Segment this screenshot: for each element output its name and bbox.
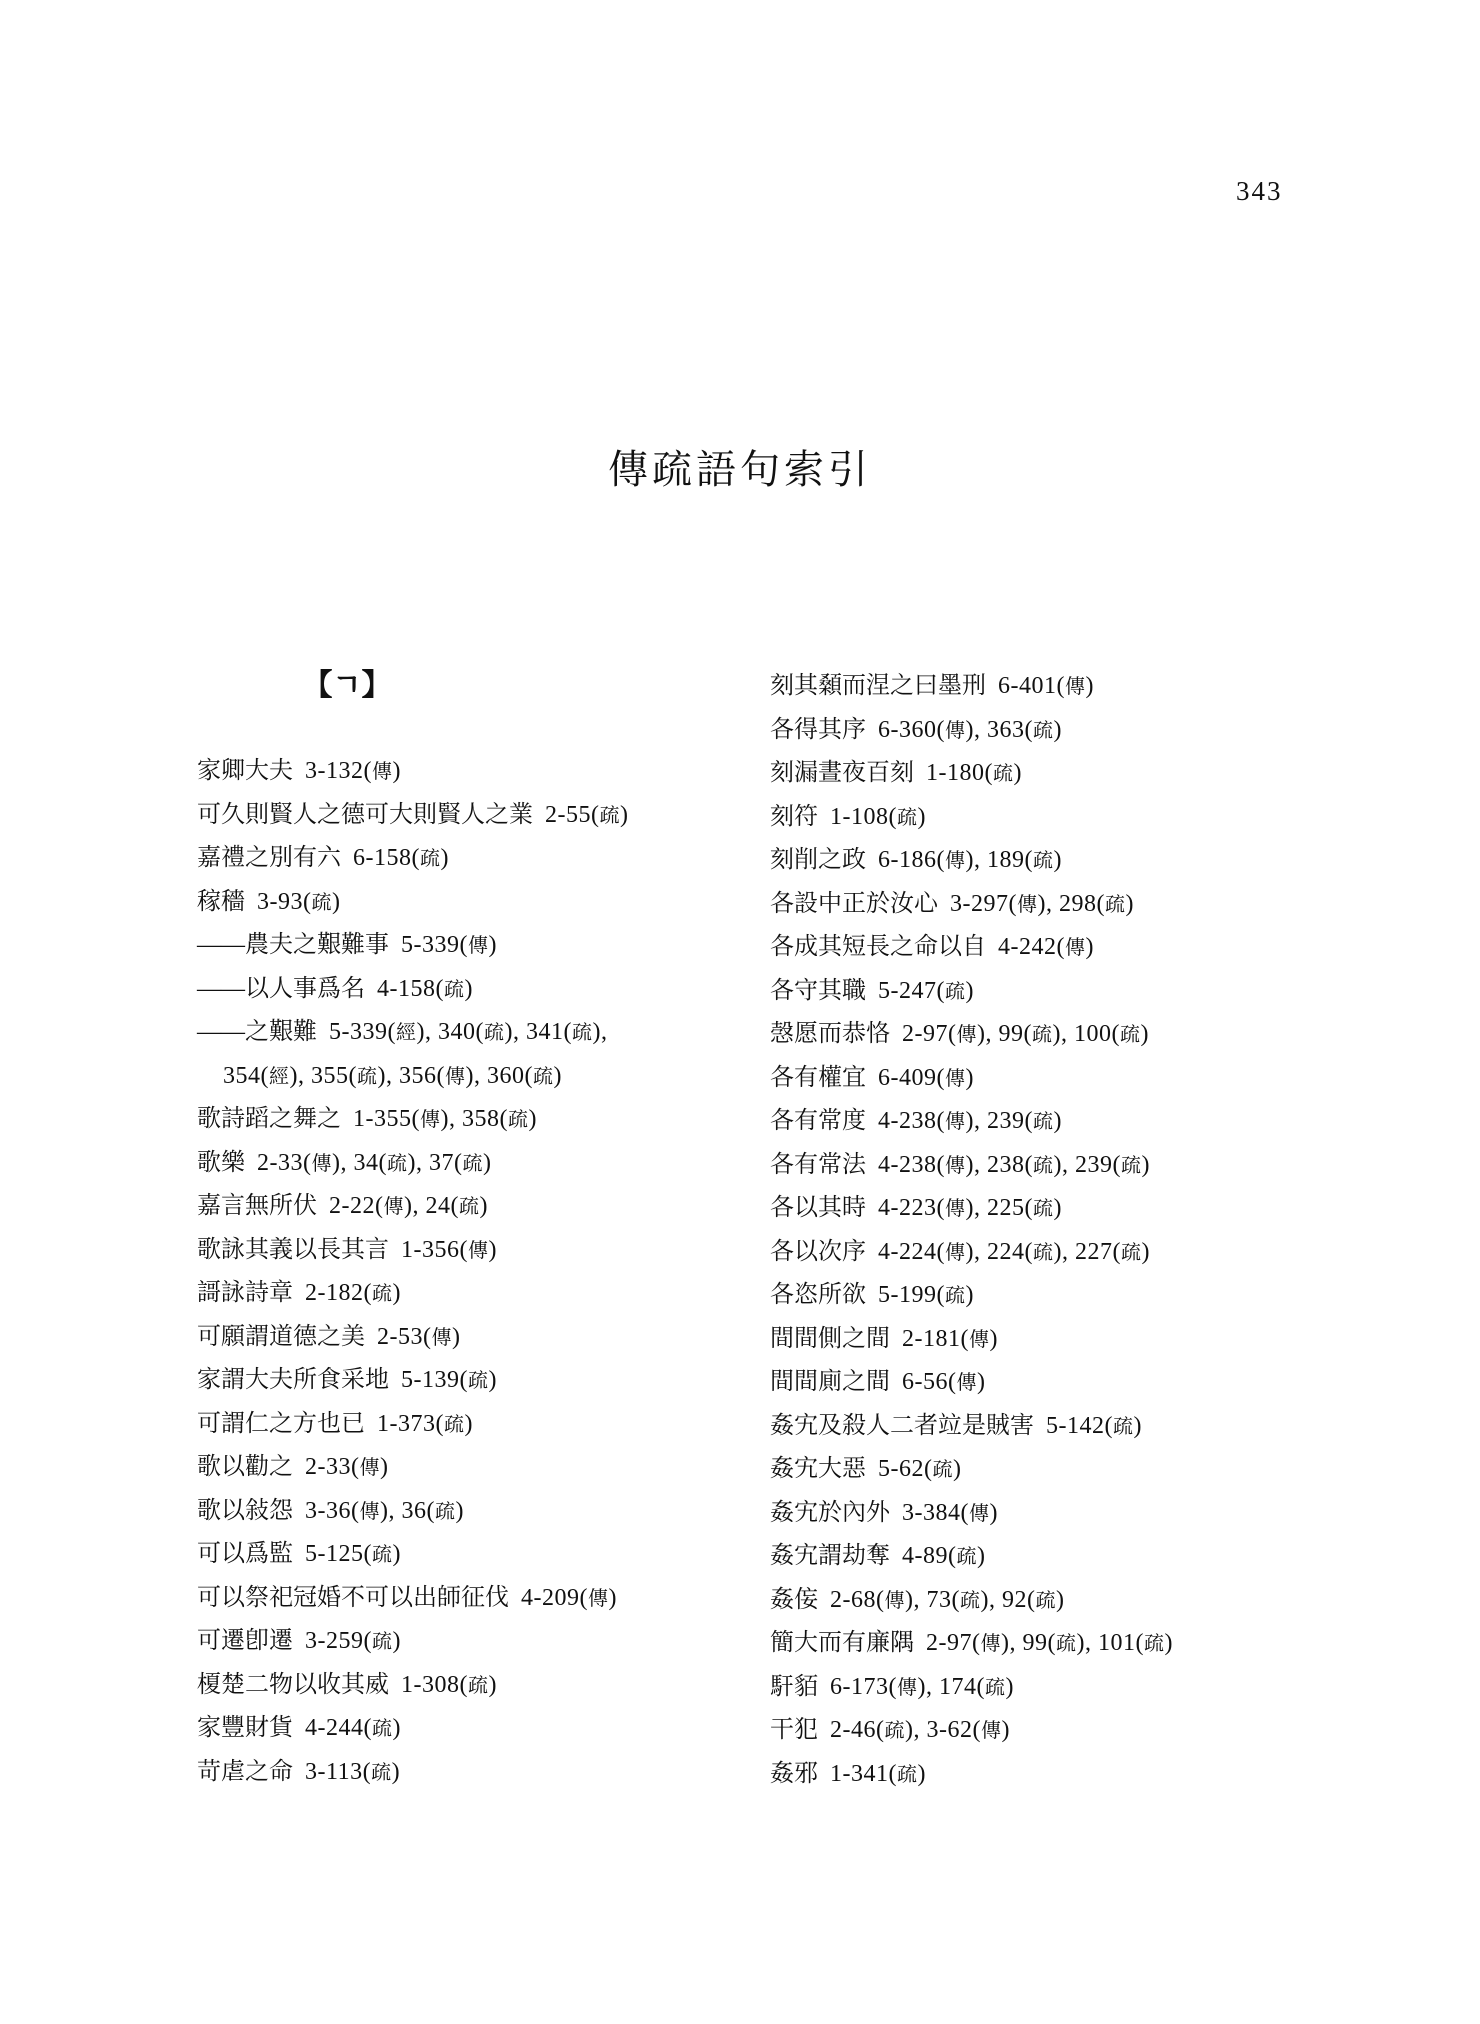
index-entry: 嘉言無所伏2-22(傳), 24(疏) (197, 1185, 628, 1229)
entry-headword: 謌詠詩章 (197, 1280, 293, 1306)
index-entry: 可久則賢人之德可大則賢人之業2-55(疏) (197, 794, 628, 838)
entry-refs: 5-339(傳) (401, 932, 497, 958)
entry-refs: 5-199(疏) (878, 1282, 974, 1308)
index-entry: 354(經), 355(疏), 356(傳), 360(疏) (197, 1055, 628, 1099)
entry-headword: 姦宄謂劫奪 (770, 1543, 890, 1569)
index-entry: 間間側之間2-181(傳) (770, 1318, 1173, 1362)
entry-headword: 稼穡 (197, 889, 245, 915)
entry-refs: 1-356(傳) (401, 1237, 497, 1263)
entry-refs: 1-180(疏) (926, 760, 1022, 786)
entry-refs: 2-97(傳), 99(疏), 100(疏) (902, 1021, 1149, 1047)
index-entry: 可遷卽遷3-259(疏) (197, 1620, 628, 1664)
index-entry: 可以爲監5-125(疏) (197, 1533, 628, 1577)
entry-refs: 3-297(傳), 298(疏) (950, 891, 1134, 917)
index-entry: 各有常度4-238(傳), 239(疏) (770, 1100, 1173, 1144)
entry-refs: 5-247(疏) (878, 978, 974, 1004)
entry-refs: 2-33(傳) (305, 1454, 388, 1480)
entry-headword: 干犯 (770, 1717, 818, 1743)
entry-headword: 苛虐之命 (197, 1759, 293, 1785)
index-entry: 姦邪1-341(疏) (770, 1753, 1173, 1797)
entry-headword: 刻削之政 (770, 847, 866, 873)
entry-refs: 6-186(傳), 189(疏) (878, 847, 1062, 873)
index-entry: ——農夫之艱難事5-339(傳) (197, 924, 628, 968)
entry-headword: 各有常度 (770, 1108, 866, 1134)
entry-headword: 可以爲監 (197, 1541, 293, 1567)
entry-refs: 3-113(疏) (305, 1759, 400, 1785)
index-entry: 刻符1-108(疏) (770, 796, 1173, 840)
entry-headword: 嘉言無所伏 (197, 1193, 317, 1219)
index-entry: 家豐財貨4-244(疏) (197, 1707, 628, 1751)
index-entry: 姦宄及殺人二者竝是賊害5-142(疏) (770, 1405, 1173, 1449)
entry-refs: 5-142(疏) (1046, 1413, 1142, 1439)
index-entry: 家卿大夫3-132(傳) (197, 750, 628, 794)
entry-refs: 1-355(傳), 358(疏) (353, 1106, 537, 1132)
entry-refs: 2-55(疏) (545, 802, 628, 828)
entry-refs: 3-93(疏) (257, 889, 340, 915)
entry-headword: 各以其時 (770, 1195, 866, 1221)
index-entry: 歌詩蹈之舞之1-355(傳), 358(疏) (197, 1098, 628, 1142)
entry-headword: 家謂大夫所食采地 (197, 1367, 389, 1393)
section-header-giyeok: 【ㄱ】 (197, 664, 497, 708)
entry-headword: ——農夫之艱難事 (197, 932, 389, 958)
entry-headword: 榎楚二物以收其威 (197, 1672, 389, 1698)
page-number: 343 (1236, 173, 1283, 209)
index-entry: 間間廁之間6-56(傳) (770, 1361, 1173, 1405)
entry-refs: 6-158(疏) (353, 845, 449, 871)
entry-headword: 可遷卽遷 (197, 1628, 293, 1654)
entry-headword: ——之艱難 (197, 1019, 317, 1045)
index-entry: 各得其序6-360(傳), 363(疏) (770, 709, 1173, 753)
entry-refs: 5-125(疏) (305, 1541, 401, 1567)
entry-refs: 1-373(疏) (377, 1411, 473, 1437)
index-entry: 姦宄大惡5-62(疏) (770, 1448, 1173, 1492)
index-entry: 刻其顙而涅之曰墨刑6-401(傳) (770, 665, 1173, 709)
index-entry: 歌樂2-33(傳), 34(疏), 37(疏) (197, 1142, 628, 1186)
index-entry: 歌詠其義以長其言1-356(傳) (197, 1229, 628, 1273)
entry-headword: 家卿大夫 (197, 758, 293, 784)
entry-refs: 6-56(傳) (902, 1369, 985, 1395)
index-entry: 刻削之政6-186(傳), 189(疏) (770, 839, 1173, 883)
entry-refs: 1-108(疏) (830, 804, 926, 830)
entry-refs: 4-238(傳), 238(疏), 239(疏) (878, 1152, 1150, 1178)
index-entry: ——之艱難5-339(經), 340(疏), 341(疏), (197, 1011, 628, 1055)
entry-refs: 2-181(傳) (902, 1326, 998, 1352)
index-entry: 苛虐之命3-113(疏) (197, 1751, 628, 1795)
index-entry: 各有常法4-238(傳), 238(疏), 239(疏) (770, 1144, 1173, 1188)
entry-headword: 馯貊 (770, 1674, 818, 1700)
index-entry: 各成其短長之命以自4-242(傳) (770, 926, 1173, 970)
entry-headword: 間間廁之間 (770, 1369, 890, 1395)
entry-refs: 2-182(疏) (305, 1280, 401, 1306)
index-entry: 姦侫2-68(傳), 73(疏), 92(疏) (770, 1579, 1173, 1623)
index-entry: 各有權宜6-409(傳) (770, 1057, 1173, 1101)
entry-refs: 2-68(傳), 73(疏), 92(疏) (830, 1587, 1064, 1613)
index-entry: 愨愿而恭恪2-97(傳), 99(疏), 100(疏) (770, 1013, 1173, 1057)
index-entry: ——以人事爲名4-158(疏) (197, 968, 628, 1012)
entry-refs: 354(經), 355(疏), 356(傳), 360(疏) (223, 1063, 562, 1089)
index-entry: 謌詠詩章2-182(疏) (197, 1272, 628, 1316)
entry-headword: 簡大而有廉隅 (770, 1630, 914, 1656)
index-entry: 姦宄謂劫奪4-89(疏) (770, 1535, 1173, 1579)
entry-headword: 各有常法 (770, 1152, 866, 1178)
index-column-left: 家卿大夫3-132(傳)可久則賢人之德可大則賢人之業2-55(疏)嘉禮之別有六6… (197, 750, 628, 1794)
entry-refs: 4-209(傳) (521, 1585, 617, 1611)
entry-refs: 5-339(經), 340(疏), 341(疏), (329, 1019, 607, 1045)
entry-headword: 各恣所欲 (770, 1282, 866, 1308)
entry-refs: 2-33(傳), 34(疏), 37(疏) (257, 1150, 491, 1176)
entry-headword: 家豐財貨 (197, 1715, 293, 1741)
index-entry: 家謂大夫所食采地5-139(疏) (197, 1359, 628, 1403)
entry-refs: 3-132(傳) (305, 758, 401, 784)
index-entry: 各設中正於汝心3-297(傳), 298(疏) (770, 883, 1173, 927)
index-entry: 各恣所欲5-199(疏) (770, 1274, 1173, 1318)
entry-refs: 6-401(傳) (998, 673, 1094, 699)
entry-headword: 刻其顙而涅之曰墨刑 (770, 673, 986, 699)
entry-refs: 4-89(疏) (902, 1543, 985, 1569)
entry-headword: 間間側之間 (770, 1326, 890, 1352)
entry-headword: 各設中正於汝心 (770, 891, 938, 917)
index-entry: 可謂仁之方也已1-373(疏) (197, 1403, 628, 1447)
entry-headword: 刻符 (770, 804, 818, 830)
entry-headword: 可以祭祀冠婚不可以出師征伐 (197, 1585, 509, 1611)
index-entry: 刻漏晝夜百刻1-180(疏) (770, 752, 1173, 796)
index-entry: 干犯2-46(疏), 3-62(傳) (770, 1709, 1173, 1753)
entry-headword: 姦宄及殺人二者竝是賊害 (770, 1413, 1034, 1439)
entry-refs: 5-62(疏) (878, 1456, 961, 1482)
entry-headword: 各以次序 (770, 1239, 866, 1265)
entry-refs: 4-244(疏) (305, 1715, 401, 1741)
entry-refs: 2-97(傳), 99(疏), 101(疏) (926, 1630, 1173, 1656)
index-entry: 可願謂道德之美2-53(傳) (197, 1316, 628, 1360)
index-entry: 簡大而有廉隅2-97(傳), 99(疏), 101(疏) (770, 1622, 1173, 1666)
entry-headword: 可謂仁之方也已 (197, 1411, 365, 1437)
index-entry: 稼穡3-93(疏) (197, 881, 628, 925)
entry-headword: 歌以勸之 (197, 1454, 293, 1480)
entry-refs: 1-341(疏) (830, 1761, 926, 1787)
entry-refs: 4-224(傳), 224(疏), 227(疏) (878, 1239, 1150, 1265)
entry-headword: 刻漏晝夜百刻 (770, 760, 914, 786)
entry-refs: 6-360(傳), 363(疏) (878, 717, 1062, 743)
index-entry: 嘉禮之別有六6-158(疏) (197, 837, 628, 881)
entry-headword: 姦宄大惡 (770, 1456, 866, 1482)
entry-refs: 5-139(疏) (401, 1367, 497, 1393)
index-entry: 姦宄於內外3-384(傳) (770, 1492, 1173, 1536)
index-entry: 各以次序4-224(傳), 224(疏), 227(疏) (770, 1231, 1173, 1275)
index-entry: 各以其時4-223(傳), 225(疏) (770, 1187, 1173, 1231)
index-entry: 歌以勸之2-33(傳) (197, 1446, 628, 1490)
index-entry: 可以祭祀冠婚不可以出師征伐4-209(傳) (197, 1577, 628, 1621)
entry-refs: 2-53(傳) (377, 1324, 460, 1350)
index-column-right: 刻其顙而涅之曰墨刑6-401(傳)各得其序6-360(傳), 363(疏)刻漏晝… (770, 665, 1173, 1796)
entry-headword: 嘉禮之別有六 (197, 845, 341, 871)
entry-refs: 2-46(疏), 3-62(傳) (830, 1717, 1010, 1743)
entry-headword: 各有權宜 (770, 1065, 866, 1091)
entry-refs: 3-259(疏) (305, 1628, 401, 1654)
entry-headword: 可願謂道德之美 (197, 1324, 365, 1350)
index-entry: 榎楚二物以收其威1-308(疏) (197, 1664, 628, 1708)
entry-headword: 各得其序 (770, 717, 866, 743)
page-title: 傳疏語句索引 (0, 442, 1480, 498)
entry-refs: 6-409(傳) (878, 1065, 974, 1091)
entry-refs: 4-158(疏) (377, 976, 473, 1002)
entry-headword: 愨愿而恭恪 (770, 1021, 890, 1047)
entry-refs: 1-308(疏) (401, 1672, 497, 1698)
entry-refs: 6-173(傳), 174(疏) (830, 1674, 1014, 1700)
entry-refs: 4-238(傳), 239(疏) (878, 1108, 1062, 1134)
entry-refs: 3-36(傳), 36(疏) (305, 1498, 464, 1524)
entry-headword: ——以人事爲名 (197, 976, 365, 1002)
page: { "page": { "number": "343", "title": "傳… (0, 0, 1480, 2024)
entry-refs: 2-22(傳), 24(疏) (329, 1193, 488, 1219)
index-entry: 各守其職5-247(疏) (770, 970, 1173, 1014)
entry-headword: 各守其職 (770, 978, 866, 1004)
entry-refs: 3-384(傳) (902, 1500, 998, 1526)
entry-refs: 4-242(傳) (998, 934, 1094, 960)
entry-headword: 可久則賢人之德可大則賢人之業 (197, 802, 533, 828)
entry-headword: 歌以敍怨 (197, 1498, 293, 1524)
entry-headword: 歌詠其義以長其言 (197, 1237, 389, 1263)
entry-headword: 歌樂 (197, 1150, 245, 1176)
entry-headword: 歌詩蹈之舞之 (197, 1106, 341, 1132)
index-entry: 歌以敍怨3-36(傳), 36(疏) (197, 1490, 628, 1534)
entry-headword: 各成其短長之命以自 (770, 934, 986, 960)
entry-headword: 姦宄於內外 (770, 1500, 890, 1526)
entry-headword: 姦邪 (770, 1761, 818, 1787)
entry-headword: 姦侫 (770, 1587, 818, 1613)
index-entry: 馯貊6-173(傳), 174(疏) (770, 1666, 1173, 1710)
entry-refs: 4-223(傳), 225(疏) (878, 1195, 1062, 1221)
